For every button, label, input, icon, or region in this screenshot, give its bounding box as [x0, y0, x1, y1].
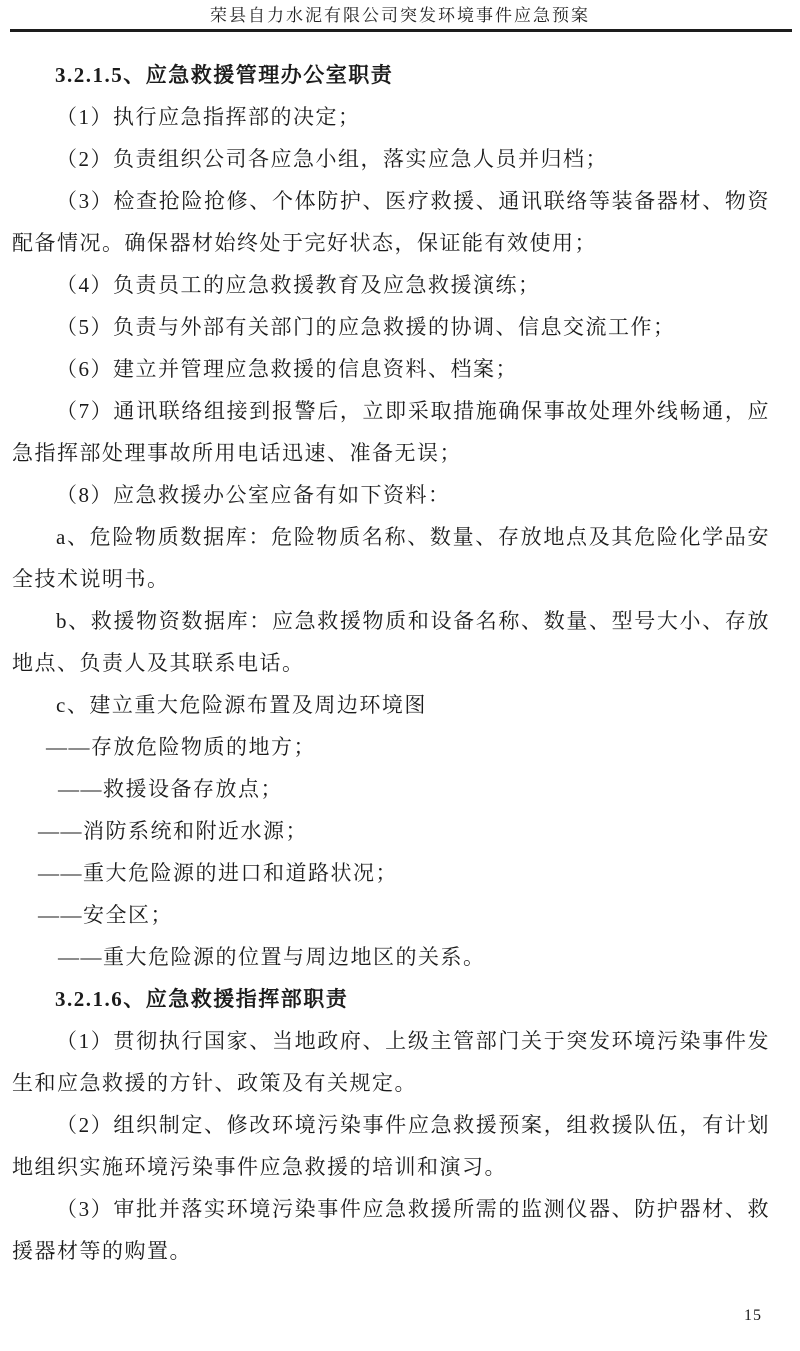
section-heading: 3.2.1.6、应急救援指挥部职责: [55, 978, 770, 1020]
dash-list-item: ——重大危险源的进口和道路状况；: [38, 852, 770, 894]
dash-list-item: ——存放危险物质的地方；: [46, 726, 770, 768]
paragraph: a、危险物质数据库：危险物质名称、数量、存放地点及其危险化学品安全技术说明书。: [12, 516, 770, 600]
paragraph: （3）检查抢险抢修、个体防护、医疗救援、通讯联络等装备器材、物资配备情况。确保器…: [12, 180, 770, 264]
paragraph: （2）负责组织公司各应急小组，落实应急人员并归档；: [12, 138, 770, 180]
section-heading: 3.2.1.5、应急救援管理办公室职责: [55, 54, 770, 96]
paragraph: （6）建立并管理应急救援的信息资料、档案；: [12, 348, 770, 390]
dash-list-item: ——重大危险源的位置与周边地区的关系。: [58, 936, 770, 978]
paragraph: （2）组织制定、修改环境污染事件应急救援预案，组救援队伍，有计划地组织实施环境污…: [12, 1104, 770, 1188]
paragraph: （5）负责与外部有关部门的应急救援的协调、信息交流工作；: [12, 306, 770, 348]
paragraph: （1）贯彻执行国家、当地政府、上级主管部门关于突发环境污染事件发生和应急救援的方…: [12, 1020, 770, 1104]
paragraph: （8）应急救援办公室应备有如下资料：: [12, 474, 770, 516]
page-header: 荣县自力水泥有限公司突发环境事件应急预案: [0, 0, 800, 32]
dash-list-item: ——救援设备存放点；: [58, 768, 770, 810]
dash-list-item: ——安全区；: [38, 894, 770, 936]
paragraph: （7）通讯联络组接到报警后，立即采取措施确保事故处理外线畅通，应急指挥部处理事故…: [12, 390, 770, 474]
document-page: 荣县自力水泥有限公司突发环境事件应急预案 3.2.1.5、应急救援管理办公室职责…: [0, 0, 800, 1351]
paragraph: （1）执行应急指挥部的决定；: [12, 96, 770, 138]
page-number: 15: [744, 1307, 762, 1325]
paragraph: （3）审批并落实环境污染事件应急救援所需的监测仪器、防护器材、救援器材等的购置。: [12, 1188, 770, 1272]
dash-list-item: ——消防系统和附近水源；: [38, 810, 770, 852]
paragraph: b、救援物资数据库：应急救援物质和设备名称、数量、型号大小、存放地点、负责人及其…: [12, 600, 770, 684]
page-header-title: 荣县自力水泥有限公司突发环境事件应急预案: [0, 0, 800, 28]
paragraph: （4）负责员工的应急救援教育及应急救援演练；: [12, 264, 770, 306]
document-body: 3.2.1.5、应急救援管理办公室职责（1）执行应急指挥部的决定；（2）负责组织…: [0, 32, 800, 1272]
paragraph: c、建立重大危险源布置及周边环境图: [12, 684, 770, 726]
